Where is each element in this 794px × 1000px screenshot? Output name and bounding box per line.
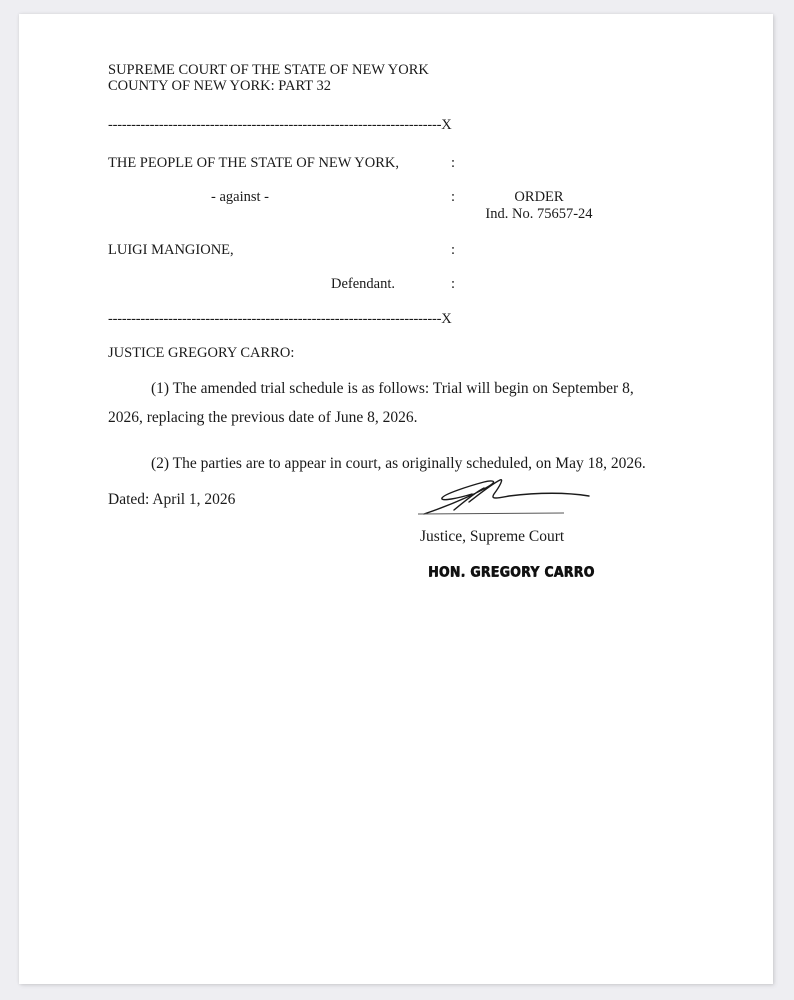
- plaintiff-name: THE PEOPLE OF THE STATE OF NEW YORK,: [108, 155, 399, 171]
- paragraph-2: (2) The parties are to appear in court, …: [151, 456, 646, 472]
- court-name: SUPREME COURT OF THE STATE OF NEW YORK: [108, 62, 429, 78]
- defendant-name: LUIGI MANGIONE,: [108, 242, 234, 258]
- defendant-label: Defendant.: [331, 276, 395, 292]
- caption-colon: :: [451, 242, 455, 258]
- caption-colon: :: [451, 276, 455, 292]
- document-type: ORDER: [464, 189, 614, 205]
- signature-title: Justice, Supreme Court: [420, 529, 564, 545]
- caption-colon: :: [451, 155, 455, 171]
- paragraph-1-line-1: (1) The amended trial schedule is as fol…: [151, 381, 634, 397]
- judge-stamp: HON. GREGORY CARRO: [428, 563, 594, 580]
- caption-separator-bottom: ----------------------------------------…: [108, 311, 458, 327]
- caption-colon: :: [451, 189, 455, 205]
- caption-separator-top: ----------------------------------------…: [108, 117, 458, 133]
- index-number: Ind. No. 75657-24: [464, 206, 614, 222]
- court-county-part: COUNTY OF NEW YORK: PART 32: [108, 78, 331, 94]
- judge-heading: JUSTICE GREGORY CARRO:: [108, 345, 294, 361]
- dated-line: Dated: April 1, 2026: [108, 492, 235, 508]
- versus-label: - against -: [211, 189, 269, 205]
- paragraph-1-line-2: 2026, replacing the previous date of Jun…: [108, 410, 418, 426]
- document-page: SUPREME COURT OF THE STATE OF NEW YORK C…: [19, 14, 773, 984]
- signature-icon: [414, 476, 604, 518]
